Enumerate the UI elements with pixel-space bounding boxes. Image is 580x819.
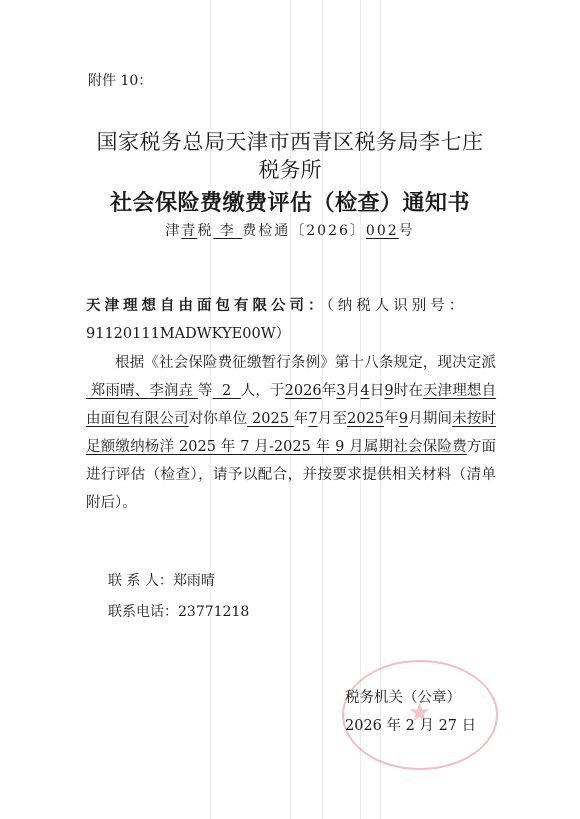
body-text: 日 [370, 383, 385, 399]
docno-district: 青 [181, 223, 197, 239]
inspector-count: 2 [213, 383, 241, 399]
visit-month: 3 [336, 383, 345, 399]
body-text: 时在 [394, 383, 423, 399]
addressee: 天津理想自由面包有限公司：（纳税人识别号： [86, 292, 496, 320]
body-text: 对你单位 [189, 411, 248, 427]
body-text: 月期间 [408, 411, 452, 427]
docno-prefix: 津 [165, 223, 181, 239]
body-text: 月至 [318, 411, 347, 427]
document-number: 津青税 李 费检通〔2026〕002号 [0, 220, 580, 240]
visit-year: 2026 [285, 383, 322, 399]
company-name: 天津理想自由面包有限公司： [86, 298, 327, 314]
taxid-value: 91120111MADWKYE00W） [86, 320, 496, 348]
docno-mid2: 费检通〔2026〕 [242, 223, 366, 239]
tax-authority-signature: 税务机关（公章） [345, 686, 461, 707]
period-to-year: 2025 [347, 411, 384, 427]
issue-date: 2026 年 2 月 27 日 [345, 714, 476, 735]
contact-person: 联 系 人：郑雨晴 [108, 570, 215, 590]
issuer-line-2: 税务所 [0, 154, 580, 184]
period-from-year: 2025 [247, 411, 293, 427]
period-to-month: 9 [399, 411, 408, 427]
docno-suffix: 号 [399, 223, 415, 239]
notice-body: 根据《社会保险费征缴暂行条例》第十八条规定，现决定派 郑雨晴、李润垚 等 2 人… [86, 349, 496, 517]
issuer-line-1: 国家税务总局天津市西青区税务局李七庄 [0, 126, 580, 156]
body-text: 根据《社会保险费征缴暂行条例》第十八条规定，现决定派 [115, 355, 496, 371]
taxid-label: （纳税人识别号： [327, 298, 468, 314]
body-text: 年 [294, 411, 309, 427]
body-text: 年 [322, 383, 337, 399]
document-title: 社会保险费缴费评估（检查）通知书 [0, 186, 580, 217]
body-text: 月 [346, 383, 361, 399]
period-from-month: 7 [308, 411, 317, 427]
visit-hour: 9 [384, 383, 393, 399]
docno-serial: 002 [366, 223, 399, 239]
docno-office: 李 [213, 223, 242, 239]
docno-mid1: 税 [197, 223, 213, 239]
visit-day: 4 [360, 383, 369, 399]
body-text: 等 [198, 383, 213, 399]
contact-phone: 联系电话：23771218 [108, 601, 249, 621]
attachment-label: 附件 10： [88, 70, 152, 90]
body-text: 年 [384, 411, 399, 427]
body-text: 人，于 [241, 383, 285, 399]
inspectors: 郑雨晴、李润垚 [86, 383, 198, 399]
